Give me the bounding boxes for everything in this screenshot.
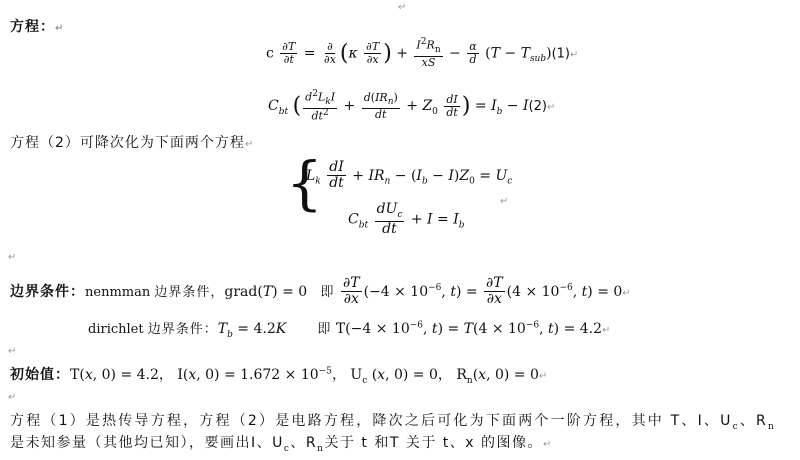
equation-2-label: (2) xyxy=(529,99,547,114)
paragraph-mark: ↵ xyxy=(398,2,406,13)
summary-line-1-end: 、R xyxy=(740,413,768,429)
paragraph-mark: ↵ xyxy=(539,371,547,382)
boundary-label: 边界条件： xyxy=(10,284,85,300)
summary-line-2: 是未知参量（其他均已知），要画出I、Uc、Rn关于 t 和T 关于 t、x 的图… xyxy=(10,432,553,454)
neumann-ji: 即 xyxy=(321,285,335,300)
paragraph-mark: ↵ xyxy=(602,325,610,336)
paragraph-mark: ↵ xyxy=(500,196,508,207)
equation-2: Cbt (d2LkIdt2 + d(IRn)dt + Z0 dIdt) = Ib… xyxy=(268,90,555,122)
reduce-text-content: 方程（2）可降次化为下面两个方程 xyxy=(10,135,245,151)
summary-line-1-text: 方程（1）是热传导方程，方程（2）是电路方程，降次之后可化为下面两个一阶方程，其… xyxy=(10,413,733,429)
initial-label: 初始值： xyxy=(10,367,70,383)
paragraph-mark: ↵ xyxy=(8,392,16,403)
system-line-2: Cbt dUcdt + I = Ib xyxy=(348,202,464,237)
paragraph-mark: ↵ xyxy=(55,23,64,34)
paragraph-mark: ↵ xyxy=(245,139,254,150)
summary-line-1: 方程（1）是热传导方程，方程（2）是电路方程，降次之后可化为下面两个一阶方程，其… xyxy=(10,410,776,432)
summary-line-2-text: 是未知参量（其他均已知），要画出I、U xyxy=(10,435,284,451)
summary-line-2-mid: 、R xyxy=(290,435,317,451)
paragraph-mark: ↵ xyxy=(8,252,16,263)
paragraph-mark: ↵ xyxy=(547,102,555,113)
equations-heading: 方程：↵ xyxy=(10,16,64,36)
dirichlet-ji: 即 xyxy=(317,322,331,337)
paragraph-mark: ↵ xyxy=(570,49,578,60)
paragraph-mark: ↵ xyxy=(8,346,16,357)
system-line-1: Lk dIdt + IRn − (Ib − I)Z0 = Uc xyxy=(306,160,512,192)
summary-line-2-end: 关于 t 和T 关于 t、x 的图像。 xyxy=(324,435,543,451)
boundary-dirichlet: dirichlet 边界条件：Tb = 4.2K 即 T(−4 × 10−6, … xyxy=(88,318,610,340)
equations-heading-text: 方程： xyxy=(10,19,55,35)
reduce-text: 方程（2）可降次化为下面两个方程↵ xyxy=(10,132,254,152)
equation-1-label: (1) xyxy=(552,46,570,61)
paragraph-mark: ↵ xyxy=(622,288,630,299)
equation-1: c ∂T∂t = ∂∂x(κ ∂T∂x) + I2RnxS − αd (T − … xyxy=(266,38,578,69)
boundary-neumann: 边界条件：nenmman 边界条件，grad(T) = 0 即 ∂T∂x(−4 … xyxy=(10,276,631,308)
initial-values: 初始值：T(x, 0) = 4.2， I(x, 0) = 1.672 × 10−… xyxy=(10,364,547,386)
paragraph-mark: ↵ xyxy=(543,439,553,450)
